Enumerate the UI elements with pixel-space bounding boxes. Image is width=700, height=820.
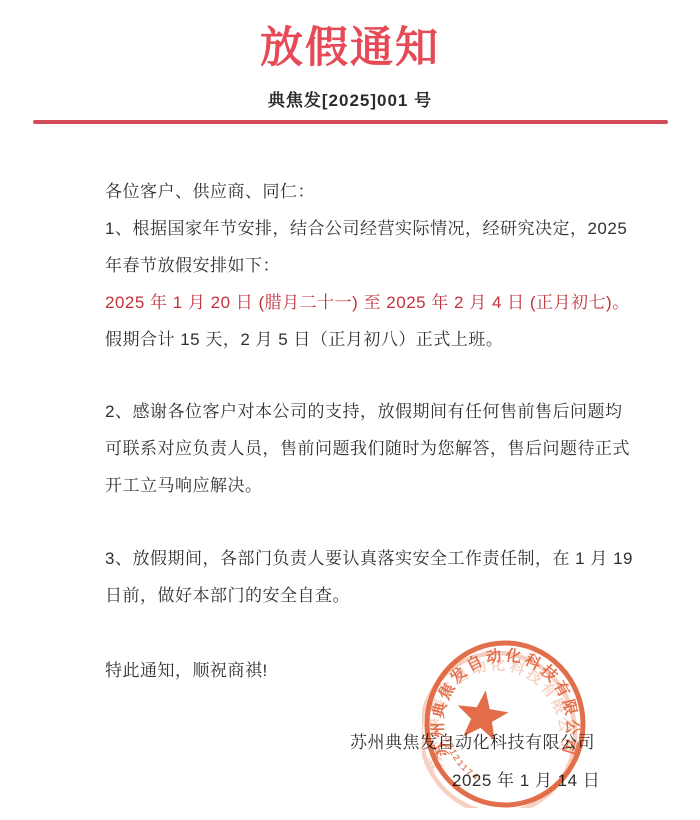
- notice-title: 放假通知: [0, 14, 700, 75]
- body-line: 2、感谢各位客户对本公司的支持，放假期间有任何售前售后问题均: [105, 393, 645, 430]
- body-line: 3、放假期间，各部门负责人要认真落实安全工作责任制，在 1 月 19: [105, 540, 645, 577]
- body-line: 开工立马响应解决。: [105, 467, 645, 504]
- notice-body: 各位客户、供应商、同仁： 1、根据国家年节安排，结合公司经营实际情况，经研究决定…: [105, 173, 645, 689]
- header-divider: [33, 120, 668, 124]
- body-line: 1、根据国家年节安排，结合公司经营实际情况，经研究决定，2025: [105, 210, 645, 247]
- body-line: 可联系对应负责人员，售前问题我们随时为您解答，售后问题待正式: [105, 430, 645, 467]
- signature-company: 苏州典焦发自动化科技有限公司: [350, 728, 595, 753]
- body-line: 日前，做好本部门的安全自查。: [105, 577, 645, 614]
- notice-document: 放假通知 典焦发[2025]001 号 各位客户、供应商、同仁： 1、根据国家年…: [0, 0, 700, 820]
- doc-number: 典焦发[2025]001 号: [0, 86, 700, 111]
- salutation-line: 各位客户、供应商、同仁：: [105, 173, 645, 210]
- body-line: 年春节放假安排如下：: [105, 247, 645, 284]
- signature-date: 2025 年 1 月 14 日: [452, 766, 600, 791]
- closing-line: 特此通知，顺祝商祺!: [105, 652, 645, 689]
- body-line: 假期合计 15 天，2 月 5 日（正月初八）正式上班。: [105, 321, 645, 358]
- holiday-dates-line: 2025 年 1 月 20 日 (腊月二十一) 至 2025 年 2 月 4 日…: [105, 284, 645, 321]
